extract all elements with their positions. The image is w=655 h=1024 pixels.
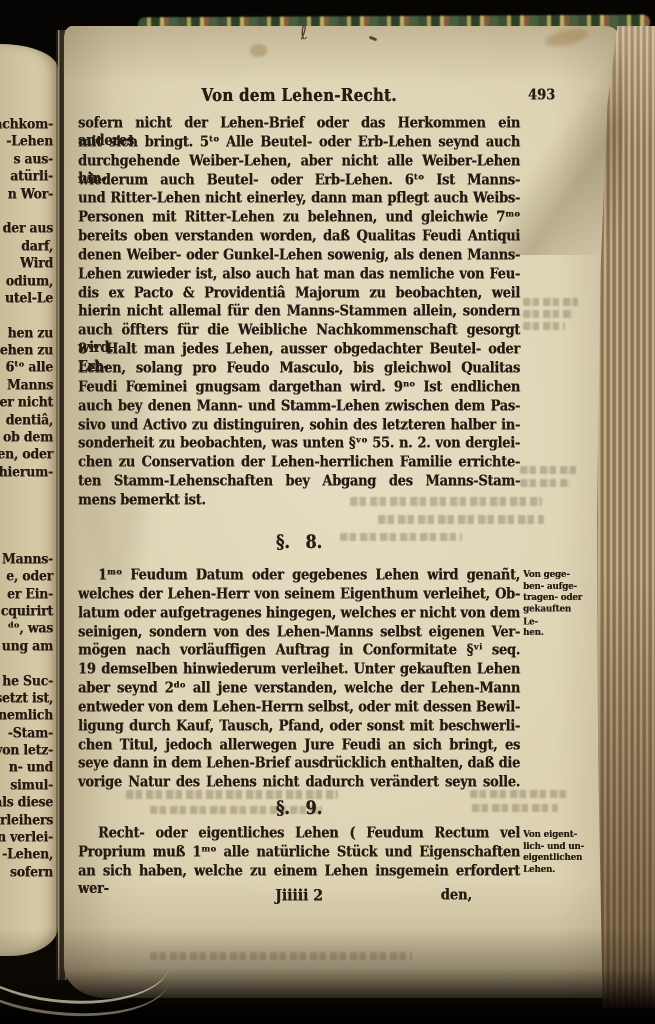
signature-row: Jiiiii 2 den, [78, 888, 520, 910]
text-fragment: er Ein- [0, 586, 56, 603]
section-heading-9: §. 9. [78, 797, 520, 819]
text-fragment: hen zu [0, 325, 56, 342]
text-fragment [0, 533, 56, 550]
text-line: an sich haben, welche zu einem Lehen ins… [78, 862, 520, 884]
text-fragment [0, 481, 56, 498]
catchword: den, [441, 887, 472, 904]
running-title: Von dem Lehen-Recht. [78, 85, 520, 106]
margin-note-line: gekauften Le- [523, 604, 585, 630]
text-fragment: n verlei- [0, 829, 56, 846]
text-fragment: -Lehen [0, 133, 56, 150]
book-scan-photo: achkom--Lehens aus-atürli-n Wor-der ausd… [0, 0, 655, 1024]
text-fragment: ung am [0, 638, 56, 655]
page-number: 493 [528, 87, 572, 104]
text-fragment: von letz- [0, 742, 56, 759]
text-line: vorige Natur des Lehens nicht dadurch ve… [78, 774, 520, 796]
text-fragment: darf, [0, 238, 56, 255]
margin-note-line: Lehen. [523, 864, 585, 877]
text-fragment: n Wor- [0, 186, 56, 203]
show-through-text [520, 479, 570, 487]
text-fragment: ᵈᵒ, was [0, 620, 56, 637]
text-fragment: setzt ist, [0, 690, 56, 707]
text-fragment: sofern [0, 864, 56, 881]
section-heading-8: §. 8. [78, 531, 520, 553]
show-through-text [520, 466, 578, 474]
section-9-paragraph: Recht- oder eigentliches Lehen ( Feudum … [78, 826, 520, 883]
text-fragment: ob dem [0, 429, 56, 446]
text-fragment: achkom- [0, 116, 56, 133]
text-line: mens bemerkt ist. [78, 491, 520, 513]
text-fragment: utel-Le [0, 290, 56, 307]
margin-note-section-9: Von eigent-lich- und un-eigentlichenLehe… [523, 830, 585, 876]
text-fragment: he Suc- [0, 673, 56, 690]
text-fragment: Manns- [0, 551, 56, 568]
margin-note-section-8: Von gege-ben- aufge-tragen- odergekaufte… [523, 570, 585, 640]
text-fragment: atürli- [0, 168, 56, 185]
show-through-text [523, 310, 573, 318]
show-through-text [378, 515, 544, 524]
text-fragment [0, 307, 56, 324]
text-fragment: rleihers [0, 812, 56, 829]
text-fragment: Lehen zu [0, 342, 56, 359]
text-fragment: 6ᵗᵒ alle [0, 359, 56, 376]
show-through-text [523, 322, 565, 330]
margin-note-line: Von eigent- [523, 829, 585, 842]
facing-page-text-fragments: achkom--Lehens aus-atürli-n Wor-der ausd… [0, 116, 56, 946]
text-fragment: dentiâ, [0, 412, 56, 429]
text-fragment: als diese [0, 794, 56, 811]
margin-note-line: hen. [523, 627, 585, 640]
text-fragment: cquirirt [0, 603, 56, 620]
text-fragment: e, oder [0, 568, 56, 585]
text-fragment: nemlich [0, 707, 56, 724]
text-fragment: Wird [0, 255, 56, 272]
text-fragment: der aus [0, 220, 56, 237]
text-fragment: odium, [0, 273, 56, 290]
text-fragment: s aus- [0, 151, 56, 168]
margin-note-line: Von gege- [523, 569, 585, 582]
show-through-text [523, 298, 578, 306]
text-fragment [0, 516, 56, 533]
text-fragment: hierum- [0, 464, 56, 481]
text-fragment [0, 203, 56, 220]
text-fragment: simul- [0, 777, 56, 794]
text-fragment: er nicht [0, 394, 56, 411]
text-fragment: en, oder [0, 446, 56, 463]
text-fragment: Manns [0, 377, 56, 394]
text-fragment: -Lehen, [0, 846, 56, 863]
text-fragment: -Stam- [0, 725, 56, 742]
text-fragment [0, 655, 56, 672]
text-fragment: n- und [0, 759, 56, 776]
text-fragment [0, 499, 56, 516]
section-8-paragraph: 1ᵐᵒ Feudum Datum oder gegebenes Lehen wi… [78, 568, 520, 794]
facing-page-edge: achkom--Lehens aus-atürli-n Wor-der ausd… [0, 44, 58, 956]
paper-stain [250, 44, 267, 57]
paragraph-continuation: sofern nicht der Lehen-Brief oder das He… [78, 116, 520, 512]
